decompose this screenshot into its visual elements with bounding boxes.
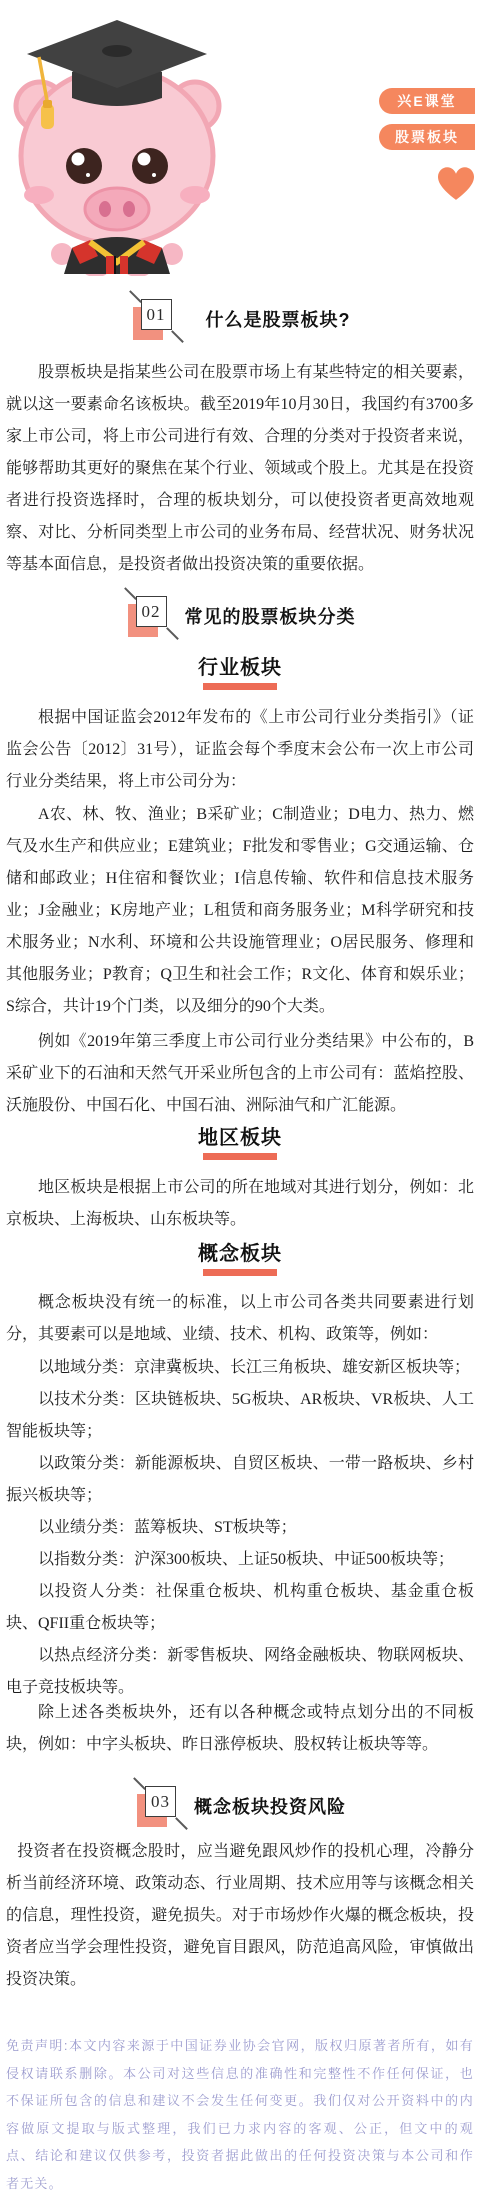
article-page: 兴E课堂 股票板块 01 什么是股票板块? 股票板块是指某些公司在股票市场上有某…: [0, 0, 480, 2196]
section-number-marker: 03: [134, 1782, 184, 1830]
marker-tick-top-left: [133, 1777, 145, 1789]
subsection-industry-header: 行业板块: [0, 656, 480, 690]
subsection-title: 地区板块: [198, 1127, 282, 1149]
section-1-header: 01 什么是股票板块?: [0, 293, 480, 345]
section-number: 01: [141, 299, 172, 330]
paragraph: 除上述各类板块外，还有以各种概念或特点划分出的不同板块，例如：中字头板块、昨日涨…: [6, 1697, 474, 1761]
section-1-title: 什么是股票板块?: [206, 306, 351, 332]
heart-icon: [438, 167, 474, 200]
paragraph: 地区板块是根据上市公司的所在地域对其进行划分，例如：北京板块、上海板块、山东板块…: [6, 1172, 474, 1236]
list-item-policy-class: 以政策分类：新能源板块、自贸区板块、一带一路板块、乡村振兴板块等；: [6, 1448, 474, 1512]
section-number-marker: 01: [130, 295, 180, 343]
list-item-tech-class: 以技术分类：区块链板块、5G板块、AR板块、VR板块、人工智能板块等；: [6, 1384, 474, 1448]
marker-tick-top-left: [124, 587, 136, 599]
list-item-region-class: 以地域分类：京津冀板块、长江三角板块、雄安新区板块等；: [6, 1352, 474, 1384]
subsection-title: 概念板块: [198, 1243, 282, 1265]
marker-tick-bottom-right: [166, 627, 178, 639]
subsection-concept-header: 概念板块: [0, 1242, 480, 1276]
subsection-underline: [203, 683, 277, 690]
paragraph: A农、林、牧、渔业；B采矿业；C制造业；D电力、热力、燃气及水生产和供应业；E建…: [6, 799, 474, 1023]
subsection-region-header: 地区板块: [0, 1126, 480, 1160]
list-item-hot-economy-class: 以热点经济分类：新零售板块、网络金融板块、物联网板块、电子竞技板块等。: [6, 1640, 474, 1704]
section-number: 03: [145, 1786, 176, 1817]
topic-badge-course: 兴E课堂: [379, 88, 475, 114]
paragraph: 概念板块没有统一的标准，以上市公司各类共同要素进行划分，其要素可以是地域、业绩、…: [6, 1287, 474, 1351]
list-item-index-class: 以指数分类：沪深300板块、上证50板块、中证500板块等；: [6, 1544, 474, 1576]
marker-tick-bottom-right: [175, 1817, 187, 1829]
subsection-underline: [203, 1269, 277, 1276]
disclaimer-text: 免责声明:本文内容来源于中国证券业协会官网，版权归原著者所有，如有侵权请联系删除…: [6, 2032, 474, 2196]
paragraph: 股票板块是指某些公司在股票市场上有某些特定的相关要素，就以这一要素命名该板块。截…: [6, 357, 474, 581]
paragraph: 例如《2019年第三季度上市公司行业分类结果》中公布的，B采矿业下的石油和天然气…: [6, 1026, 474, 1122]
section-3-header: 03 概念板块投资风险: [0, 1780, 480, 1832]
marker-tick-top-left: [129, 290, 141, 302]
section-3-title: 概念板块投资风险: [194, 1793, 346, 1819]
subsection-underline: [203, 1153, 277, 1160]
section-number-marker: 02: [125, 592, 175, 640]
section-number: 02: [136, 596, 167, 627]
subsection-title: 行业板块: [198, 657, 282, 679]
section-2-title: 常见的股票板块分类: [185, 603, 356, 629]
list-item-performance-class: 以业绩分类：蓝筹板块、ST板块等；: [6, 1512, 474, 1544]
list-item-investor-class: 以投资人分类：社保重仓板块、机构重仓板块、基金重仓板块、QFII重仓板块等；: [6, 1576, 474, 1640]
topic-badge-stock-sector: 股票板块: [379, 124, 475, 150]
section-2-header: 02 常见的股票板块分类: [0, 590, 480, 642]
paragraph: 投资者在投资概念股时，应当避免跟风炒作的投机心理，冷静分析当前经济环境、政策动态…: [6, 1836, 474, 1996]
paragraph: 根据中国证监会2012年发布的《上市公司行业分类指引》（证监会公告〔2012〕3…: [6, 702, 474, 798]
graduate-pig-mascot: [10, 14, 225, 276]
marker-tick-bottom-right: [171, 330, 183, 342]
